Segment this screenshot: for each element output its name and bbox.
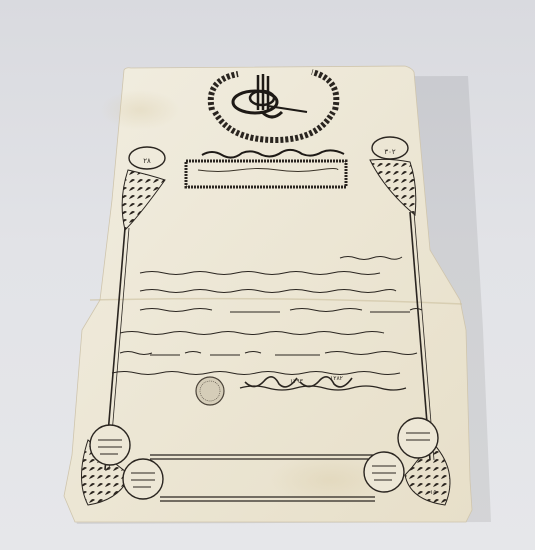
corner-number: ١٥ <box>430 489 436 496</box>
ink-seal <box>196 377 224 405</box>
date-1: ١٢٩٣ <box>290 378 304 385</box>
photo-scene: ٢٨ ٣٠٢ ١٢٩٣ ١٢٨٢ <box>0 0 535 550</box>
svg-text:٢٨: ٢٨ <box>143 157 151 165</box>
date-2: ١٢٨٢ <box>330 375 343 382</box>
svg-text:٣٠٢: ٣٠٢ <box>384 148 396 156</box>
